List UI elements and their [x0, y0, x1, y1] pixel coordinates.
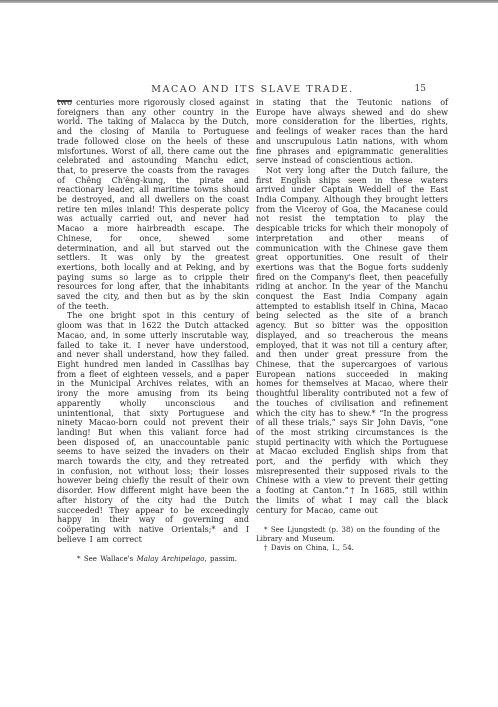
right-column: in stating that the Teutonic nations of …: [256, 98, 448, 564]
left-column: two centuries more rigorously closed aga…: [57, 98, 249, 564]
footnote-text: , passim.: [204, 555, 237, 563]
footnote-text: * See Wallace's: [77, 555, 137, 563]
body-paragraph: Not very long after the Dutch failure, t…: [256, 166, 448, 515]
body-paragraph: two centuries more rigorously closed aga…: [57, 98, 249, 311]
footnote: * See Wallace's Malay Archipelago, passi…: [57, 555, 249, 564]
footnote: * See Ljungstedt (p. 38) on the founding…: [256, 526, 448, 544]
scan-top-edge: [0, 0, 498, 3]
body-paragraph: in stating that the Teutonic nations of …: [256, 98, 448, 166]
footnote-italic-title: Malay Archipelago: [137, 555, 205, 563]
text-columns: two centuries more rigorously closed aga…: [57, 98, 448, 564]
body-paragraph: The one bright spot in this century of g…: [57, 311, 249, 544]
running-head: MACAO AND ITS SLAVE TRADE. 15: [57, 84, 448, 98]
scanned-book-page: MACAO AND ITS SLAVE TRADE. 15 two centur…: [0, 0, 498, 707]
page-title: MACAO AND ITS SLAVE TRADE.: [57, 84, 448, 95]
footnote: † Davis on China, I., 54.: [256, 544, 448, 553]
footnotes: * See Ljungstedt (p. 38) on the founding…: [256, 526, 448, 553]
page-number: 15: [415, 84, 426, 94]
